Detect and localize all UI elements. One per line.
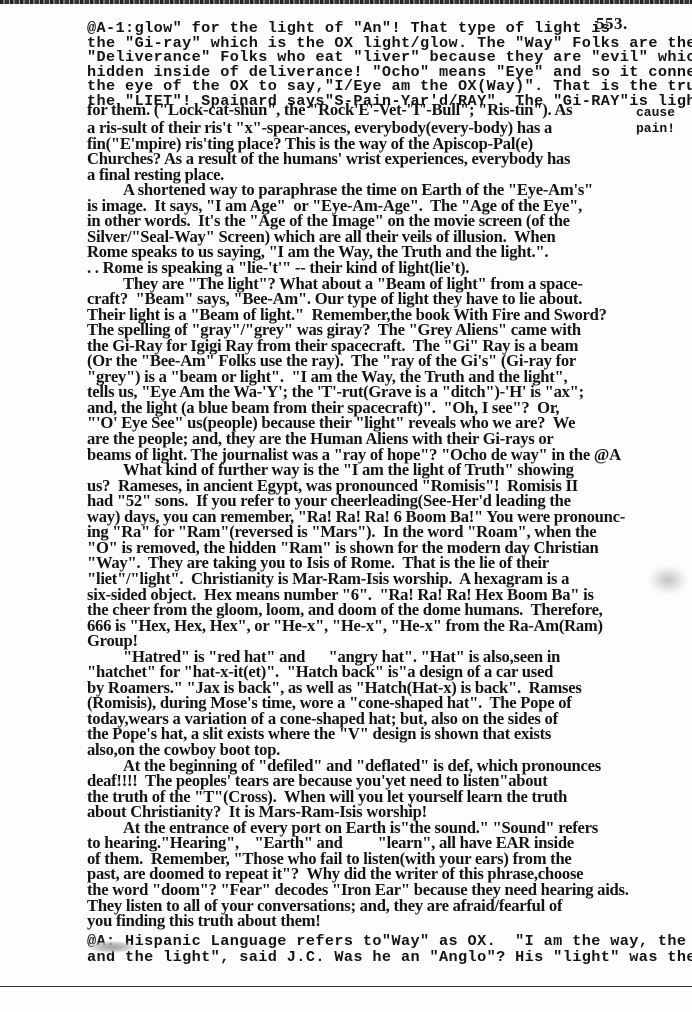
text-line: you finding this truth about them! [87, 911, 321, 931]
page-bottom-rule [0, 986, 692, 987]
scan-top-edge [0, 0, 692, 4]
text-line: 666 is "Hex, Hex, Hex", or "He-x", "He-x… [87, 616, 603, 636]
text-line: for them. ("Lock-cat-shun", the "Rock'E'… [87, 100, 572, 120]
margin-note: pain! [636, 121, 675, 136]
scan-smudge [648, 565, 688, 595]
text-line: and the light", said J.C. Was he an "Ang… [87, 948, 692, 966]
scan-smudge [88, 941, 136, 953]
